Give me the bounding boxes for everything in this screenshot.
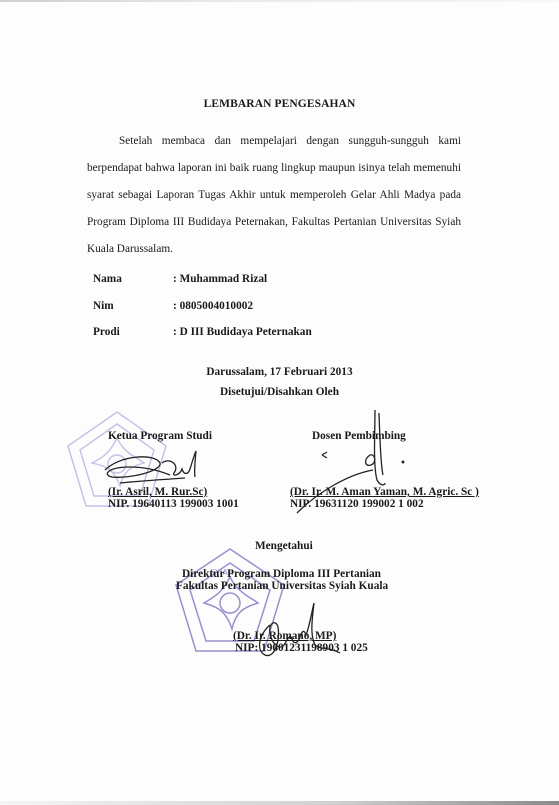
signatory-heading: Mengetahui [0,540,559,552]
field-value: : D III Budidaya Peternakan [173,326,312,338]
document-title: LEMBARAN PENGESAHAN [0,98,559,110]
field-value: : Muhammad Rizal [173,273,267,285]
signatory-left: Ketua Program Studi (Ir. Asril, M. Rur.S… [108,430,239,510]
signatory-nip: NIP. 19631120 199002 1 002 [290,498,479,510]
signatory-role: Ketua Program Studi [108,430,239,442]
signatory-name: (Ir. Asril, M. Rur.Sc) [108,486,239,498]
signatory-nip: NIP: 19601231198903 1 025 [0,642,559,654]
field-label: Prodi [93,326,173,338]
field-label: Nim [93,300,173,312]
approval-paragraph: Setelah membaca dan mempelajari dengan s… [87,128,461,263]
signatory-role: Dosen Pembimbing [290,430,479,442]
signatory-right: Dosen Pembimbing (Dr. Ir. M. Aman Yaman,… [290,430,479,510]
document-page: LEMBARAN PENGESAHAN Setelah membaca dan … [0,0,559,805]
place-date: Darussalam, 17 Februari 2013 [0,366,559,378]
student-info: Nama : Muhammad Rizal Nim : 080500401000… [93,266,312,346]
scan-edge-bottom [0,801,559,805]
signatory-bottom: Mengetahui Direktur Program Diploma III … [0,540,559,654]
field-nama: Nama : Muhammad Rizal [93,266,312,293]
approval-paragraph-text: Setelah membaca dan mempelajari dengan s… [87,135,461,255]
field-nim: Nim : 0805004010002 [93,293,312,320]
field-label: Nama [93,273,173,285]
signatory-role-line1: Direktur Program Diploma III Pertanian [0,568,559,580]
signatory-name: (Dr. Ir. Romano, MP) [233,630,336,642]
signatory-role-line2: Fakultas Pertanian Universitas Syiah Kua… [0,580,559,592]
signatory-name: (Dr. Ir. M. Aman Yaman, M. Agric. Sc ) [290,486,479,498]
field-value: : 0805004010002 [173,300,253,312]
field-prodi: Prodi : D III Budidaya Peternakan [93,319,312,346]
approval-heading: Disetujui/Disahkan Oleh [0,386,559,398]
signatory-nip: NIP. 19640113 199003 1001 [108,498,239,510]
